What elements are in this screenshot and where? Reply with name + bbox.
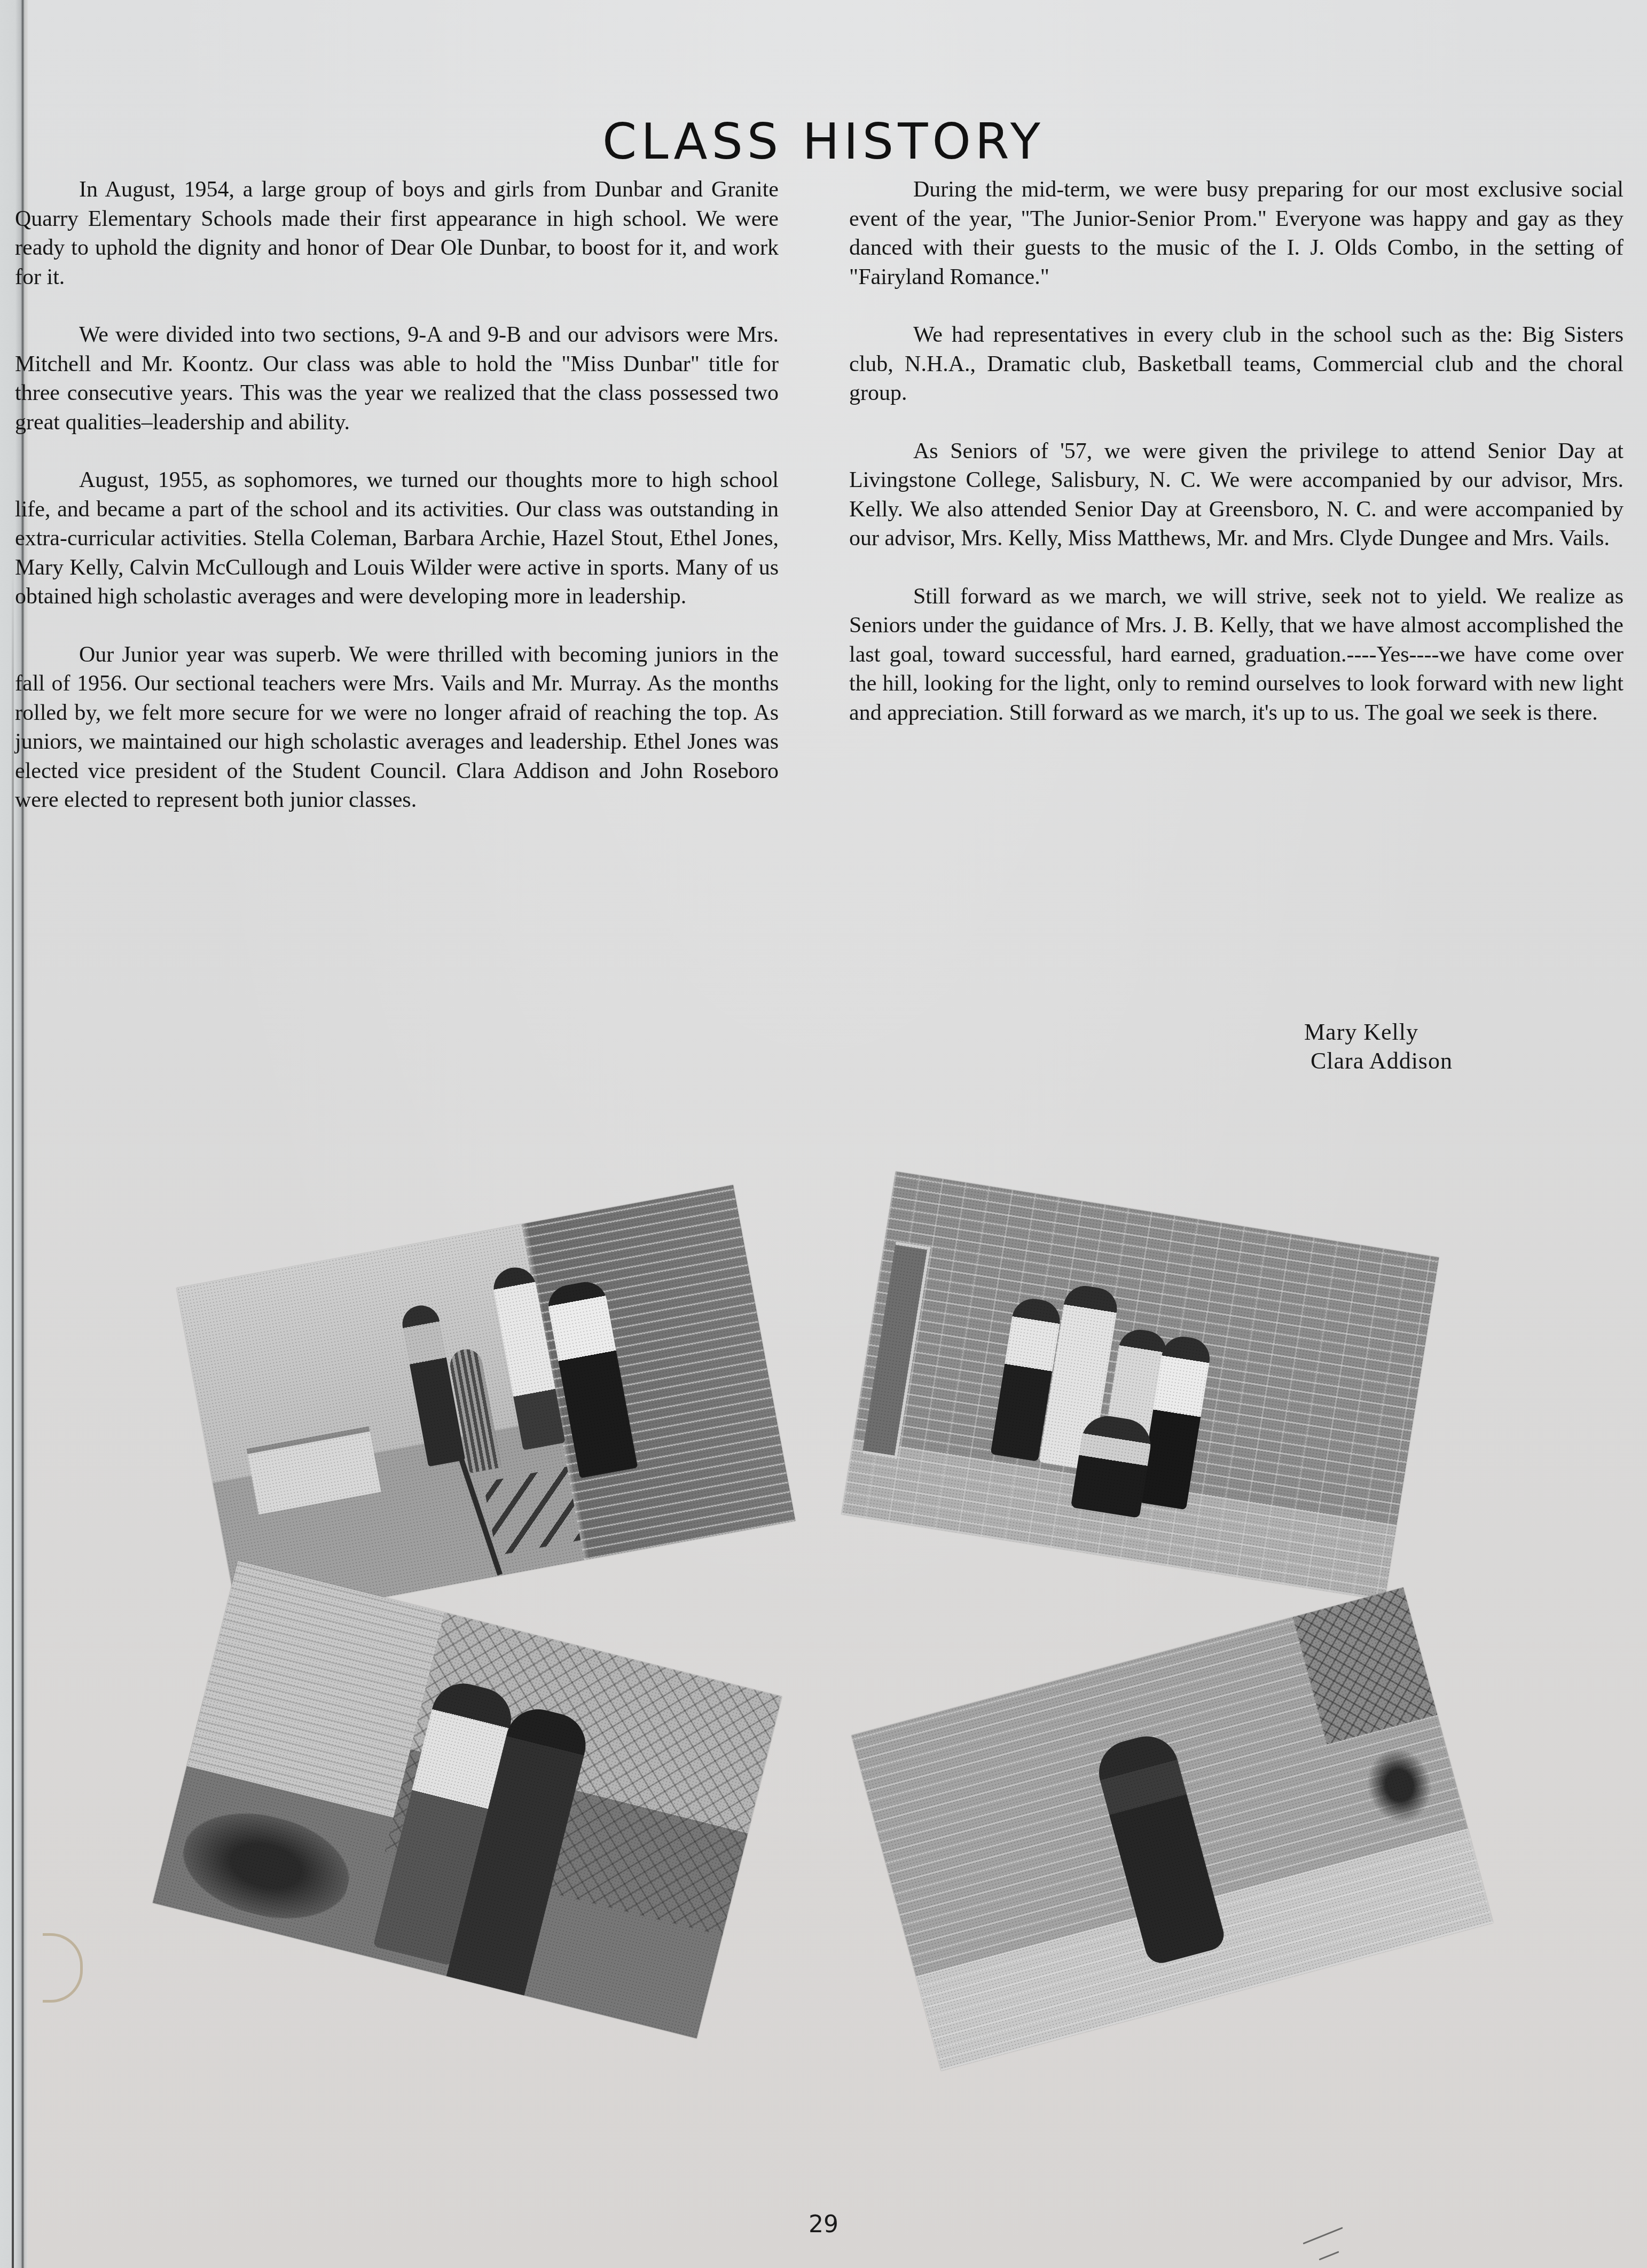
paragraph-clubs: We had representatives in every club in … [849,320,1624,408]
page-spine-fold [12,561,14,2268]
paragraph-sections-advisors: We were divided into two sections, 9-A a… [15,320,779,437]
author-name: Mary Kelly [1304,1018,1453,1047]
photo-fence [1293,1588,1438,1745]
paragraph-closing: Still forward as we march, we will striv… [849,582,1624,728]
photo-person [1092,1729,1228,1967]
signature-block: Mary Kelly Clara Addison [1304,1018,1453,1076]
paragraph-sophomore-year: August, 1955, as sophomores, we turned o… [15,466,779,611]
paragraph-senior-day: As Seniors of '57, we were given the pri… [849,437,1624,553]
photo-shrub [172,1798,359,1934]
paragraph-freshman-year: In August, 1954, a large group of boys a… [15,175,779,292]
photo-couple-fence [153,1561,782,2038]
author-name: Clara Addison [1304,1047,1453,1076]
right-text-column: During the mid-term, we were busy prepar… [849,175,1624,756]
photo-wall [187,1561,445,1818]
photo-group-on-stairs [177,1185,796,1624]
paper-stain [43,1933,83,2003]
photo-woman-brick-wall [851,1588,1493,2071]
photo-stair-shadow [483,1466,581,1556]
paragraph-prom: During the mid-term, we were busy prepar… [849,175,1624,292]
photo-bush [1359,1741,1440,1830]
page-title: CLASS HISTORY [0,113,1647,170]
photo-door-frame [862,1242,930,1459]
pencil-mark [1319,2251,1339,2261]
photo-girls-brick-wall [841,1171,1439,1600]
left-text-column: In August, 1954, a large group of boys a… [15,175,779,844]
page-number: 29 [0,2211,1647,2238]
paragraph-junior-year: Our Junior year was superb. We were thri… [15,640,779,815]
